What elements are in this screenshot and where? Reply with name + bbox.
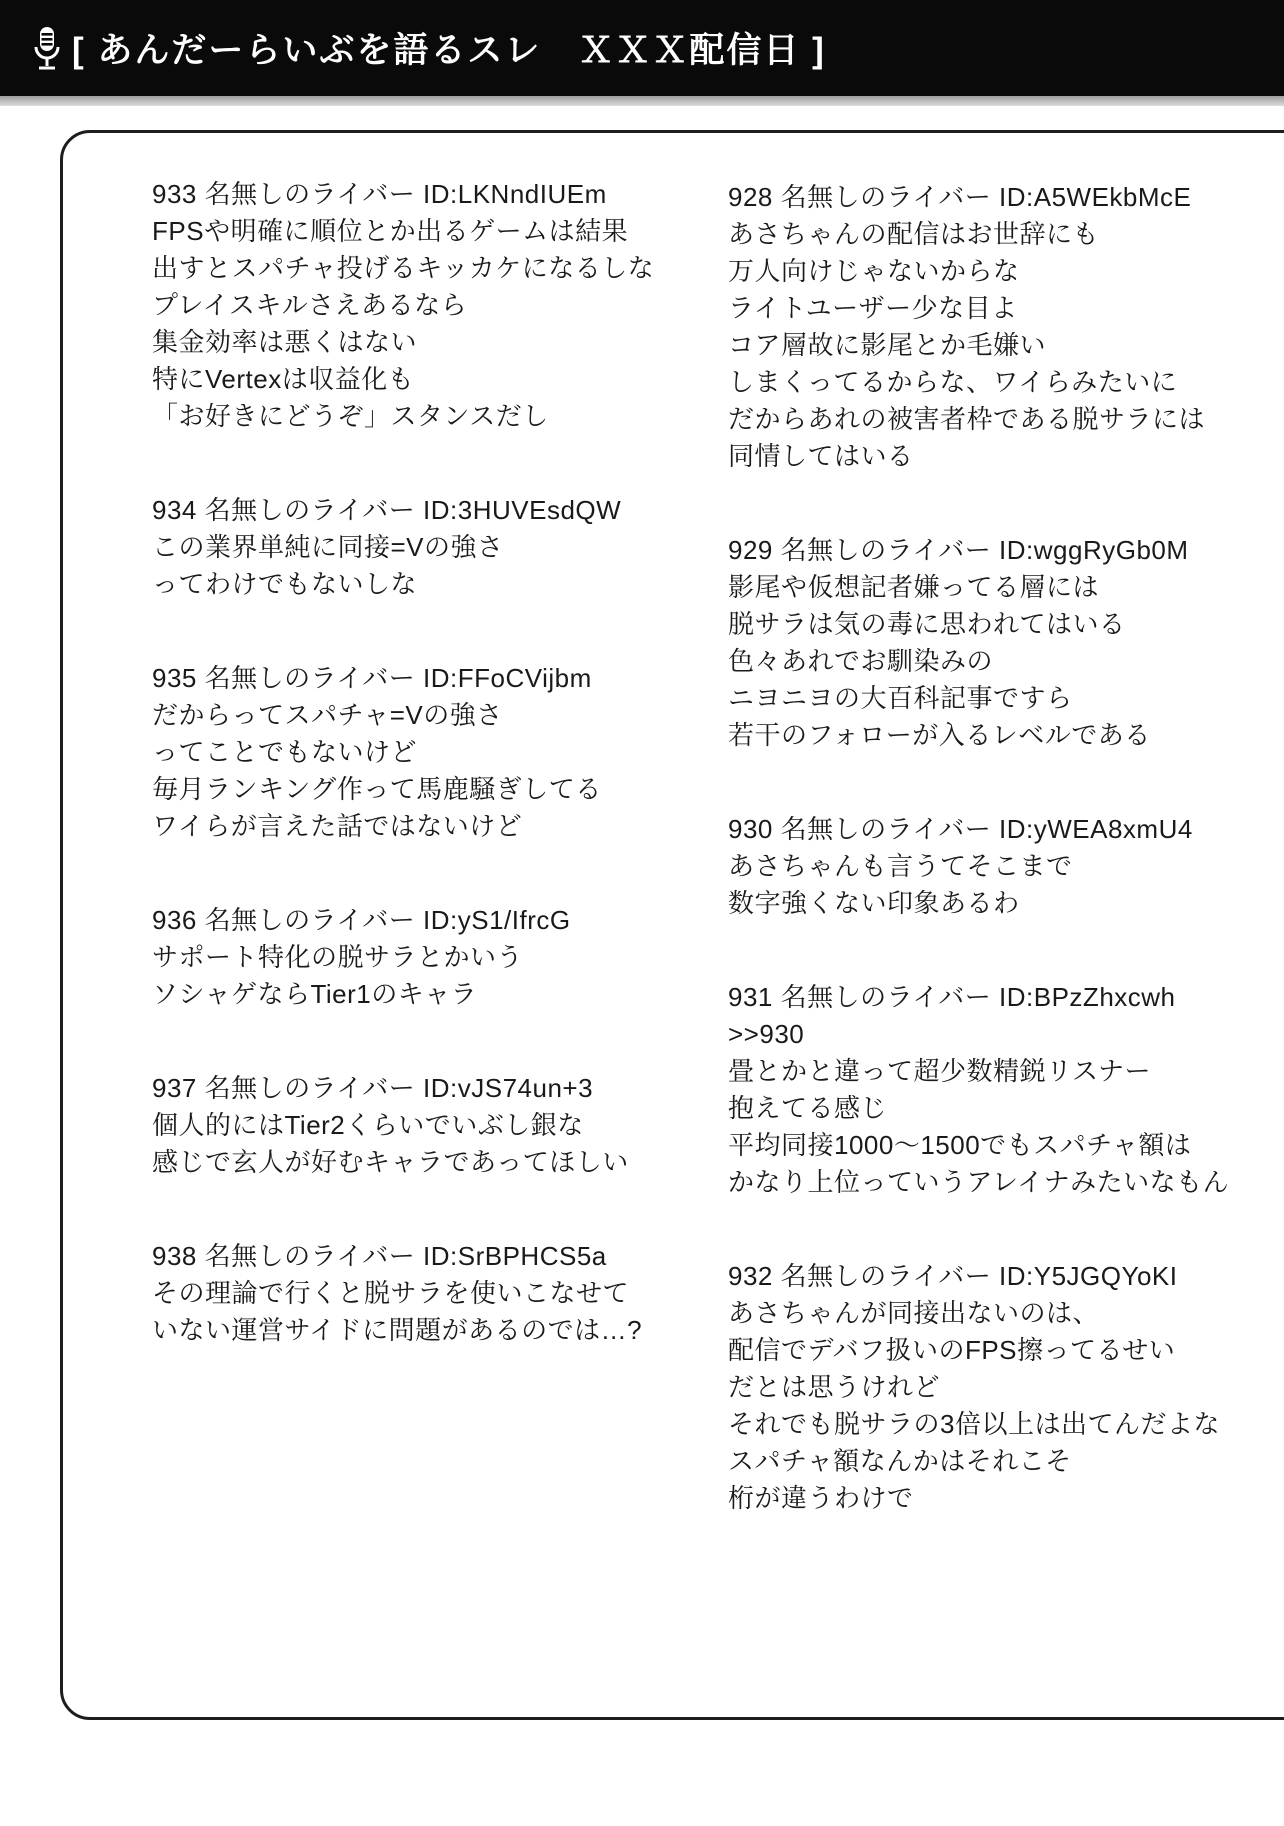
post: 932 名無しのライバー ID:Y5JGQYoKIあさちゃんが同接出ないのは、配…	[728, 1258, 1268, 1517]
post-line: 抱えてる感じ	[728, 1090, 1268, 1127]
post-line: 桁が違うわけで	[728, 1480, 1268, 1517]
post-line: あさちゃんの配信はお世辞にも	[728, 216, 1268, 253]
post-header: 937 名無しのライバー ID:vJS74un+3	[152, 1070, 632, 1107]
post-line: この業界単純に同接=Vの強さ	[152, 529, 632, 566]
post-line: サポート特化の脱サラとかいう	[152, 939, 632, 976]
post: 928 名無しのライバー ID:A5WEkbMcEあさちゃんの配信はお世辞にも万…	[728, 179, 1268, 475]
post-line: しまくってるからな、ワイらみたいに	[728, 364, 1268, 401]
post-line: ニヨニヨの大百科記事ですら	[728, 680, 1268, 717]
microphone-icon	[32, 25, 62, 71]
post: 934 名無しのライバー ID:3HUVEsdQWこの業界単純に同接=Vの強さっ…	[152, 492, 632, 603]
post-header: 929 名無しのライバー ID:wggRyGb0M	[728, 532, 1268, 569]
post-line: ソシャゲならTier1のキャラ	[152, 976, 632, 1013]
post-header: 933 名無しのライバー ID:LKNndIUEm	[152, 176, 632, 213]
post-header: 935 名無しのライバー ID:FFoCVijbm	[152, 660, 632, 697]
reply-reference-line: >>930	[728, 1016, 1268, 1053]
post-line: プレイスキルさえあるなら	[152, 287, 632, 324]
post-line: ってわけでもないしな	[152, 566, 632, 603]
post: 937 名無しのライバー ID:vJS74un+3個人的にはTier2くらいでい…	[152, 1070, 632, 1181]
post-line: FPSや明確に順位とか出るゲームは結果	[152, 213, 632, 250]
post-line: 集金効率は悪くはない	[152, 324, 632, 361]
post-header: 931 名無しのライバー ID:BPzZhxcwh	[728, 979, 1268, 1016]
post-line: 影尾や仮想記者嫌ってる層には	[728, 569, 1268, 606]
post-line: 色々あれでお馴染みの	[728, 643, 1268, 680]
post-line: 若干のフォローが入るレベルである	[728, 717, 1268, 754]
thread-column-left: 933 名無しのライバー ID:LKNndIUEmFPSや明確に順位とか出るゲー…	[152, 176, 632, 1406]
post-header: 932 名無しのライバー ID:Y5JGQYoKI	[728, 1258, 1268, 1295]
post: 933 名無しのライバー ID:LKNndIUEmFPSや明確に順位とか出るゲー…	[152, 176, 632, 435]
post-line: だからあれの被害者枠である脱サラには	[728, 401, 1268, 438]
post-line: あさちゃんが同接出ないのは、	[728, 1295, 1268, 1332]
post-line: ワイらが言えた話ではないけど	[152, 808, 632, 845]
post-header: 928 名無しのライバー ID:A5WEkbMcE	[728, 179, 1268, 216]
post-line: その理論で行くと脱サラを使いこなせて	[152, 1275, 632, 1312]
book-page: [ あんだーらいぶを語るスレ ＸＸＸ配信日 ] 933 名無しのライバー ID:…	[0, 0, 1284, 1826]
post-line: いない運営サイドに問題があるのでは…?	[152, 1312, 632, 1349]
post-line: あさちゃんも言うてそこまで	[728, 848, 1268, 885]
post-line: 特にVertexは収益化も	[152, 361, 632, 398]
post-header: 936 名無しのライバー ID:yS1/IfrcG	[152, 902, 632, 939]
post-line: 同情してはいる	[728, 438, 1268, 475]
post: 936 名無しのライバー ID:yS1/IfrcGサポート特化の脱サラとかいうソ…	[152, 902, 632, 1013]
post: 931 名無しのライバー ID:BPzZhxcwh>>930畳とかと違って超少数…	[728, 979, 1268, 1201]
post: 935 名無しのライバー ID:FFoCVijbmだからってスパチャ=Vの強さっ…	[152, 660, 632, 845]
thread-header-bar: [ あんだーらいぶを語るスレ ＸＸＸ配信日 ]	[0, 0, 1284, 96]
post-line: ってことでもないけど	[152, 734, 632, 771]
post: 938 名無しのライバー ID:SrBPHCS5aその理論で行くと脱サラを使いこ…	[152, 1238, 632, 1349]
post-line: 脱サラは気の毒に思われてはいる	[728, 606, 1268, 643]
post-line: 出すとスパチャ投げるキッカケになるしな	[152, 250, 632, 287]
post-line: 感じで玄人が好むキャラであってほしい	[152, 1144, 632, 1181]
post: 929 名無しのライバー ID:wggRyGb0M影尾や仮想記者嫌ってる層には脱…	[728, 532, 1268, 754]
thread-title: [ あんだーらいぶを語るスレ ＸＸＸ配信日 ]	[72, 23, 826, 73]
post-header: 938 名無しのライバー ID:SrBPHCS5a	[152, 1238, 632, 1275]
post-line: スパチャ額なんかはそれこそ	[728, 1443, 1268, 1480]
thread-column-right: 928 名無しのライバー ID:A5WEkbMcEあさちゃんの配信はお世辞にも万…	[728, 179, 1268, 1574]
post-line: 平均同接1000〜1500でもスパチャ額は	[728, 1127, 1268, 1164]
post-line: ライトユーザー少な目よ	[728, 290, 1268, 327]
post-line: 配信でデバフ扱いのFPS擦ってるせい	[728, 1332, 1268, 1369]
post-line: 「お好きにどうぞ」スタンスだし	[152, 398, 632, 435]
post-header: 930 名無しのライバー ID:yWEA8xmU4	[728, 811, 1268, 848]
post-line: だからってスパチャ=Vの強さ	[152, 697, 632, 734]
post: 930 名無しのライバー ID:yWEA8xmU4あさちゃんも言うてそこまで数字…	[728, 811, 1268, 922]
post-line: コア層故に影尾とか毛嫌い	[728, 327, 1268, 364]
post-line: かなり上位っていうアレイナみたいなもん	[728, 1164, 1268, 1201]
post-header: 934 名無しのライバー ID:3HUVEsdQW	[152, 492, 632, 529]
post-line: 万人向けじゃないからな	[728, 253, 1268, 290]
header-shadow-strip	[0, 96, 1284, 106]
post-line: だとは思うけれど	[728, 1369, 1268, 1406]
post-line: 毎月ランキング作って馬鹿騒ぎしてる	[152, 771, 632, 808]
post-line: 個人的にはTier2くらいでいぶし銀な	[152, 1107, 632, 1144]
post-line: 数字強くない印象あるわ	[728, 885, 1268, 922]
post-line: 畳とかと違って超少数精鋭リスナー	[728, 1053, 1268, 1090]
post-line: それでも脱サラの3倍以上は出てんだよな	[728, 1406, 1268, 1443]
